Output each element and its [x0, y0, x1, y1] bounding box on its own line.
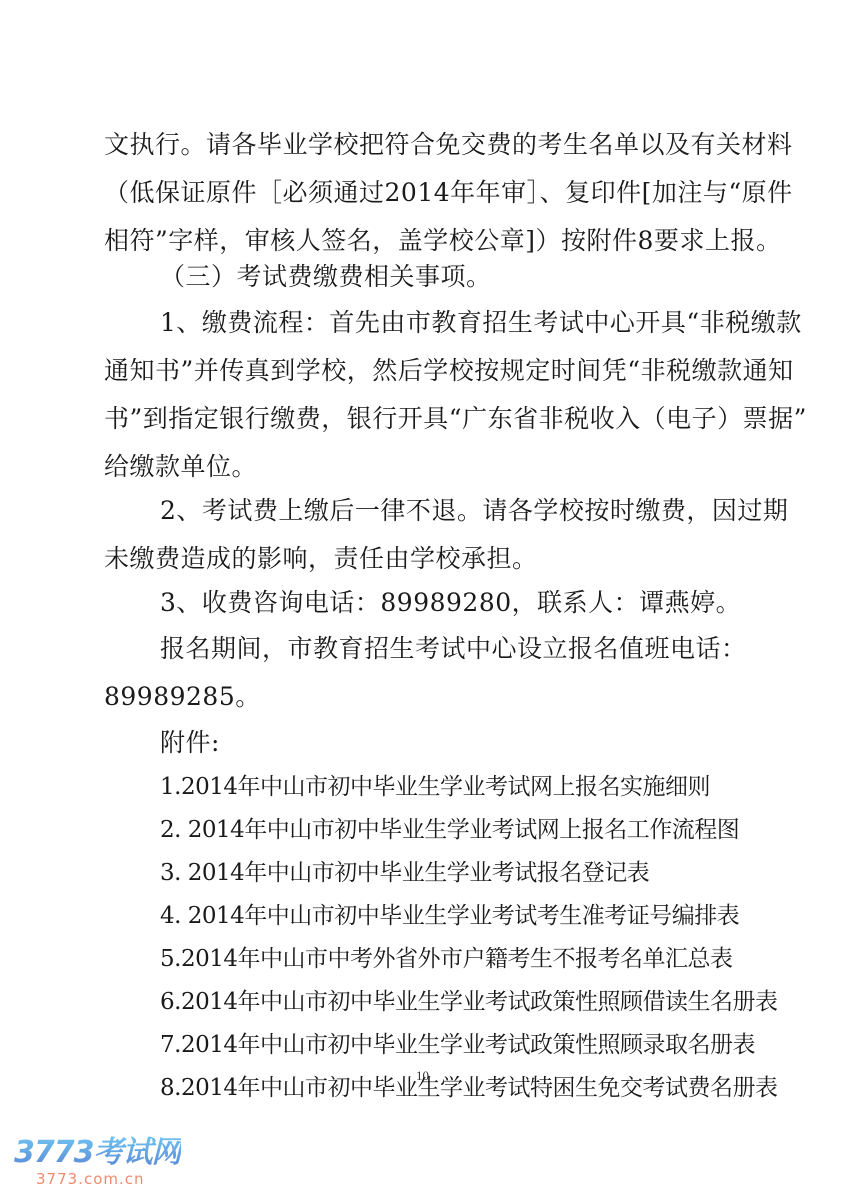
- watermark-title: 3773考试网: [14, 1136, 181, 1170]
- paragraph-line: （低保证原件［必须通过2014年年审］、复印件[加注与“原件: [104, 178, 793, 208]
- attachment-item: 5.2014年中山市中考外省外市户籍考生不报考名单汇总表: [160, 944, 732, 974]
- paragraph-line: 报名期间，市教育招生考试中心设立报名值班电话：: [160, 634, 747, 664]
- page-number: 10: [416, 1068, 429, 1084]
- attachment-item: 2. 2014年中山市初中毕业生学业考试网上报名工作流程图: [160, 815, 739, 845]
- paragraph-line: 2、考试费上缴后一律不退。请各学校按时缴费，因过期: [160, 496, 788, 526]
- paragraph-line: 未缴费造成的影响，责任由学校承担。: [104, 544, 538, 574]
- paragraph-line: 相符”字样，审核人签名，盖学校公章]）按附件8要求上报。: [104, 226, 781, 256]
- paragraph-line: 给缴款单位。: [104, 452, 257, 482]
- paragraph-line: 3、收费咨询电话：89989280，联系人：谭燕婷。: [160, 588, 741, 618]
- paragraph-line: 文执行。请各毕业学校把符合免交费的考生名单以及有关材料: [104, 130, 793, 160]
- paragraph-line: 89989285。: [104, 682, 261, 712]
- paragraph-line: 1、缴费流程：首先由市教育招生考试中心开具“非税缴款: [160, 308, 802, 338]
- attachment-item: 3. 2014年中山市初中毕业生学业考试报名登记表: [160, 858, 649, 888]
- watermark-logo: 3773考试网 3773.com.cn: [14, 1136, 181, 1188]
- paragraph-line: 通知书”并传真到学校，然后学校按规定时间凭“非税缴款通知: [104, 356, 794, 386]
- attachment-item: 6.2014年中山市初中毕业生学业考试政策性照顾借读生名册表: [160, 987, 777, 1017]
- attachment-item: 4. 2014年中山市初中毕业生学业考试考生准考证号编排表: [160, 901, 739, 931]
- attachments-heading: 附件:: [160, 728, 220, 758]
- paragraph-line: （三）考试费缴费相关事项。: [160, 262, 492, 292]
- attachment-item: 1.2014年中山市初中毕业生学业考试网上报名实施细则: [160, 772, 710, 802]
- attachment-item: 8.2014年中山市初中毕业生学业考试特困生免交考试费名册表: [160, 1073, 777, 1103]
- attachment-item: 7.2014年中山市初中毕业生学业考试政策性照顾录取名册表: [160, 1030, 755, 1060]
- watermark-url: 3773.com.cn: [36, 1170, 181, 1188]
- paragraph-line: 书”到指定银行缴费，银行开具“广东省非税收入（电子）票据”: [104, 404, 807, 434]
